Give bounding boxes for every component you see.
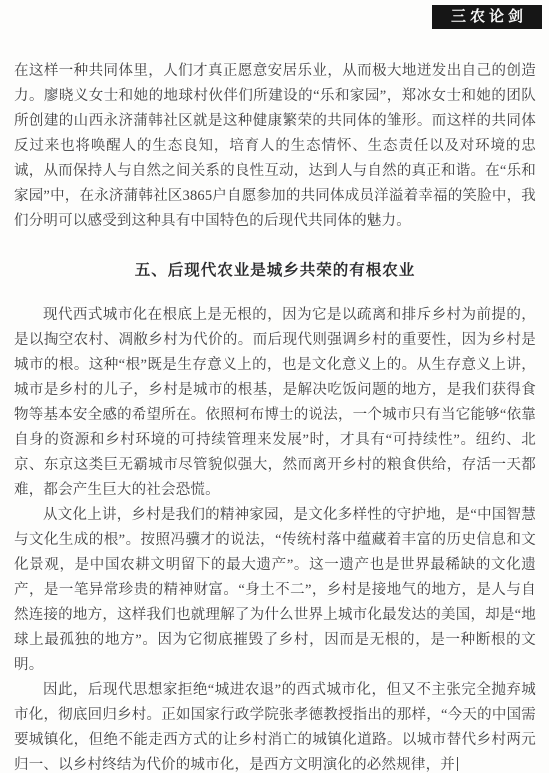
paragraph-community-conclusion: 在这样一种共同体里，人们才真正愿意安居乐业，从而极大地迸发出自己的创造力。廖晓义…: [14, 59, 536, 234]
paragraph-text: 现代西式城市化在根底上是无根的，因为它是以疏离和排斥乡村为前提的，是以掏空农村、…: [14, 307, 536, 498]
section-heading: 五、后现代农业是城乡共荣的有根农业: [14, 258, 536, 283]
paragraph-cultural-root: 从文化上讲，乡村是我们的精神家园，是文化多样性的守护地，是“中国智慧与文化生成的…: [14, 503, 536, 678]
text-cursor-artifact: [457, 757, 458, 771]
paragraph-postmodern-thinkers: 因此，后现代思想家拒绝“城进农退”的西式城市化，但又不主张完全抛弃城市化，彻底回…: [14, 678, 536, 773]
paragraph-rooted-urbanization: 现代西式城市化在根底上是无根的，因为它是以疏离和排斥乡村为前提的，是以掏空农村、…: [14, 303, 536, 503]
paragraph-text: 在这样一种共同体里，人们才真正愿意安居乐业，从而极大地迸发出自己的创造力。廖晓义…: [14, 63, 536, 229]
paragraph-text: 从文化上讲，乡村是我们的精神家园，是文化多样性的守护地，是“中国智慧与文化生成的…: [14, 507, 536, 673]
document-page: 三农论剑 在这样一种共同体里，人们才真正愿意安居乐业，从而极大地迸发出自己的创造…: [0, 0, 549, 773]
article-body: 在这样一种共同体里，人们才真正愿意安居乐业，从而极大地迸发出自己的创造力。廖晓义…: [14, 0, 536, 773]
